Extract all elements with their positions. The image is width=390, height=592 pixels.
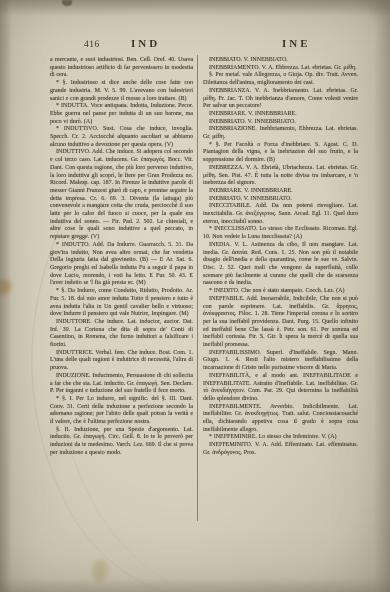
dictionary-entry: * §. Per Facoltà o Forza d'inebbriare. S… bbox=[203, 142, 358, 165]
dictionary-entry: INEDIA. V. L. Astinenza da cibo, Il non … bbox=[203, 242, 358, 288]
dictionary-entry: * INDUTTO. Add. Da Indurre. Guarracch. 5… bbox=[50, 242, 193, 288]
dictionary-entry: INEBBRIANZA. V. A. Inebbriamento. Lat. e… bbox=[203, 88, 358, 111]
page-number: 416 bbox=[84, 40, 100, 50]
dictionary-entry: INEFFABILE. Add. Inenarrabile, Indicibil… bbox=[203, 296, 358, 350]
dictionary-entry: INDUZIONE. Inducimento, Persuasione di c… bbox=[50, 373, 193, 396]
dictionary-entry: INEBREZZA. V. A. Ebrietà, Ubriachezza. L… bbox=[203, 165, 358, 188]
dictionary-entry: INECCITABILE. Add. Da non potersi risveg… bbox=[203, 203, 358, 226]
dictionary-entry: INEFFEMINITO. V. A. Add. Effeminato. Lat… bbox=[203, 442, 358, 457]
dictionary-entry: * §. Da Indurre, come Condutto, Ridutto,… bbox=[50, 288, 193, 319]
dictionary-entry: INDUTTIVO. Add. Che induce. Si adopera c… bbox=[50, 149, 193, 241]
dictionary-entry: §. II. Induzione, per una Spezie d'argom… bbox=[50, 427, 193, 458]
running-head-ind: IND bbox=[131, 38, 160, 50]
dictionary-entry: INEBBRIAZIONE. Inebbriamento, Ebbrezza. … bbox=[203, 126, 358, 141]
right-text-column: INEBBIATO. V. INNEBBIATO.INEBBRIAMENTO. … bbox=[203, 57, 358, 458]
top-edge-ink-speck bbox=[62, 0, 72, 6]
dictionary-entry: INEFFABILISSIMO. Superl. d'Ineffabile. S… bbox=[203, 350, 358, 373]
page-header: 416 IND INE bbox=[0, 0, 390, 56]
scanned-book-page: 416 IND INE a mercante, e suoi industrio… bbox=[0, 0, 390, 592]
left-margin-fox-spot bbox=[0, 279, 11, 295]
left-text-column: a mercante, e suoi industriosi. Ben. Cel… bbox=[50, 57, 193, 458]
dictionary-entry: INDUTTRICE. Verbal. fem. Che induce. Bos… bbox=[50, 350, 193, 373]
dictionary-entry: * INDUTTA. Voce antiquata. Indotta, Indu… bbox=[50, 103, 193, 126]
dictionary-entry: INDUTTORE. Che induce. Lat. inductor, au… bbox=[50, 319, 193, 350]
dictionary-entry: INEFFABILMENTE. Avverbio. Indicibilmente… bbox=[203, 404, 358, 435]
dictionary-entry: §. Per metaf. vale Allegrezza, o Gioja. … bbox=[203, 72, 358, 87]
dictionary-entry: * §. Industrioso si dice anche delle cos… bbox=[50, 80, 193, 103]
dictionary-entry: INEBRIARE. V. INNEBBRIARE. bbox=[203, 188, 358, 196]
column-divider-rule bbox=[197, 55, 198, 521]
dictionary-entry: * INEFFEMINIRE. Lo stesso che Infeminire… bbox=[203, 434, 358, 442]
dictionary-entry: * INDUTTIVO. Sust. Cosa che induce, invo… bbox=[50, 126, 193, 149]
dictionary-entry: * §. I. Per Lo indurre, nel signific. de… bbox=[50, 396, 193, 427]
running-head-ine: INE bbox=[282, 38, 311, 50]
dictionary-entry: INEBBRIARE. V. INNEBBRIARE. bbox=[203, 111, 358, 119]
dictionary-entry: * INECCLISSATO. Lo stesso che Ecclissato… bbox=[203, 226, 358, 241]
dictionary-entry: a mercante, e suoi industriosi. Ben. Cel… bbox=[50, 57, 193, 80]
dictionary-entry: INEFFABILITÀ, e al modo ant. INEFFABILIT… bbox=[203, 373, 358, 404]
bottom-margin-stain bbox=[92, 560, 108, 582]
dictionary-entry: INEBBIATO. V. INNEBBIATO. bbox=[203, 57, 358, 65]
dictionary-entry: * INEDITO. Che non è stato stampato. Coc… bbox=[203, 288, 358, 296]
